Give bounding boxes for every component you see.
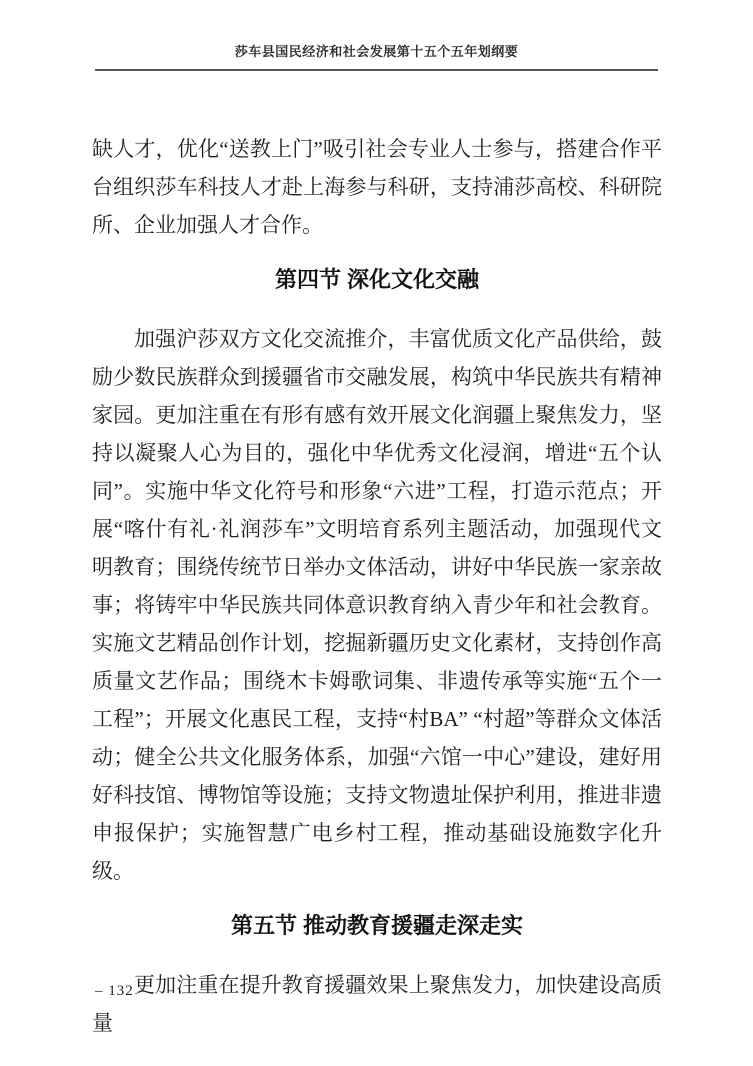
page-number: – 132 –	[95, 983, 147, 1000]
continuation-paragraph: 缺人才，优化“送教上门”吸引社会专业人士参与，搭建合作平台组织莎车科技人才赴上海…	[92, 130, 662, 244]
section-4-heading: 第四节 深化文化交融	[92, 264, 662, 296]
header-rule	[95, 69, 658, 71]
section-5-heading: 第五节 推动教育援疆走深走实	[92, 910, 662, 942]
section-4-paragraph: 加强沪莎双方文化交流推介，丰富优质文化产品供给，鼓励少数民族群众到援疆省市交融发…	[92, 320, 662, 890]
document-body: 缺人才，优化“送教上门”吸引社会专业人士参与，搭建合作平台组织莎车科技人才赴上海…	[92, 130, 662, 1042]
section-5-paragraph: 更加注重在提升教育援疆效果上聚焦发力，加快建设高质量	[92, 966, 662, 1042]
running-head-title: 莎车县国民经济和社会发展第十五个五年划纲要	[0, 44, 753, 60]
document-page: 莎车县国民经济和社会发展第十五个五年划纲要 缺人才，优化“送教上门”吸引社会专业…	[0, 0, 753, 1066]
